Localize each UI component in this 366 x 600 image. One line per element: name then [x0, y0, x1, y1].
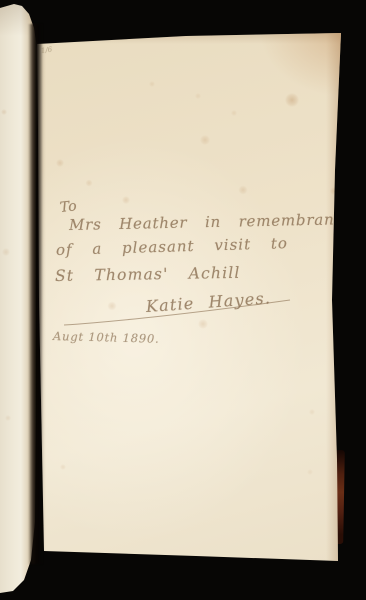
- foxing-spot: [122, 196, 130, 204]
- pencil-mark: 1/6: [40, 45, 52, 54]
- inscription-salutation: To: [59, 198, 77, 216]
- foxing-spot: [149, 81, 155, 87]
- inscription-page: 1/6 To Mrs Heather in remembrance of a p…: [36, 30, 344, 563]
- left-page: [0, 2, 38, 593]
- inscription-line-occasion: of a pleasant visit to: [56, 234, 288, 259]
- foxing-spot: [60, 464, 66, 470]
- foxing-spot: [195, 93, 201, 99]
- foxing-spot: [239, 186, 248, 195]
- foxing-spot: [5, 415, 11, 421]
- foxing-spot: [309, 409, 315, 415]
- foxing-spot: [86, 180, 93, 187]
- foxing-spot: [200, 135, 210, 145]
- foxing-spot: [330, 187, 338, 195]
- book-photo: 1/6 To Mrs Heather in remembrance of a p…: [0, 0, 366, 600]
- foxing-spot: [1, 109, 7, 115]
- inscription-line-place: St Thomas' Achill: [55, 264, 241, 285]
- foxing-spot: [56, 159, 64, 167]
- foxing-spot: [285, 93, 299, 107]
- inscription-line-recipient: Mrs Heather in remembrance: [69, 210, 354, 234]
- foxing-spot: [231, 110, 237, 116]
- foxing-spot: [307, 469, 313, 475]
- inscription-date: Augt 10th 1890.: [53, 329, 160, 346]
- foxing-spot: [2, 248, 10, 256]
